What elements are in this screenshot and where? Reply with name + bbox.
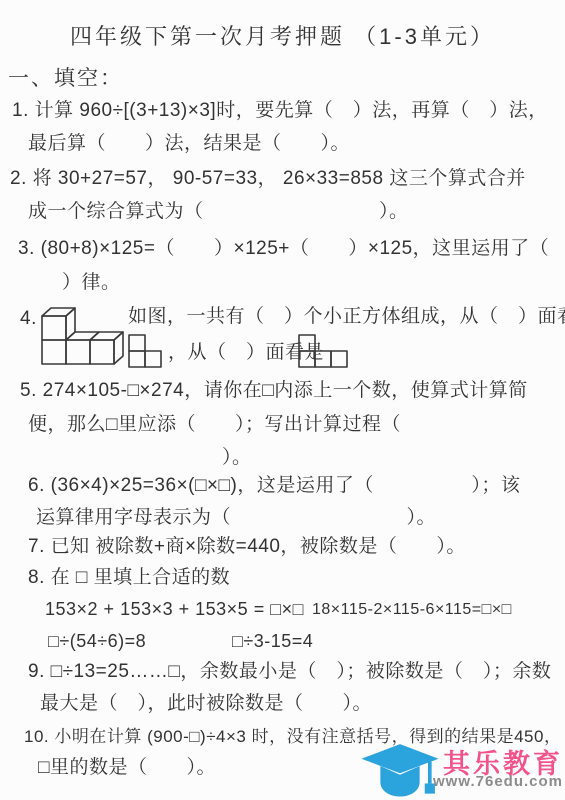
q1-line1: 1. 计算 960÷[(3+13)×3]时，要先算（ ）法，再算（ ）法， bbox=[12, 100, 548, 123]
q9-line1: 9. □÷13=25……□，余数最小是（ ）；被除数是（ ）；余数 bbox=[28, 661, 551, 684]
q9-line2: 最大是（ ），此时被除数是（ ）。 bbox=[40, 693, 372, 716]
view-grid-l4-icon bbox=[298, 334, 348, 368]
q1-line2: 最后算（ ）法，结果是（ ）。 bbox=[28, 133, 350, 156]
publisher-logo: 其乐教育 www.76edu.com bbox=[360, 742, 565, 800]
q8-equation-1: 153×2 + 153×3 + 153×5 = □×□ bbox=[45, 599, 304, 621]
q7-line1: 7. 已知 被除数+商×除数=440，被除数是（ ）。 bbox=[28, 536, 466, 559]
q2-line2: 成一个综合算式为（ ）。 bbox=[28, 201, 409, 224]
q6-line1: 6. (36×4)×25=36×(□×□)，这是运用了（ ）；该 bbox=[28, 475, 520, 498]
q3-line2: ）律。 bbox=[62, 272, 121, 295]
section-heading: 一、填空： bbox=[8, 62, 123, 92]
q8-equation-4: □÷3-15=4 bbox=[232, 631, 313, 653]
q3-line1: 3. (80+8)×125=（ ）×125+（ ）×125，这里运用了（ bbox=[18, 238, 549, 261]
q8-header: 8. 在 □ 里填上合适的数 bbox=[28, 567, 230, 590]
worksheet-page: 四年级下第一次月考押题 （1-3单元） 一、填空： 1. 计算 960÷[(3+… bbox=[0, 0, 565, 800]
graduation-cap-icon bbox=[360, 742, 440, 800]
cube-stack-figure bbox=[36, 300, 132, 366]
brand-url: www.76edu.com bbox=[433, 773, 563, 790]
q8-equation-2: 18×115-2×115-6×115=□×□ bbox=[312, 600, 512, 619]
q2-line1: 2. 将 30+27=57， 90-57=33， 26×33=858 这三个算式… bbox=[10, 168, 526, 191]
q4-number: 4. bbox=[20, 308, 37, 331]
q10-line2: □里的数是（ ）。 bbox=[38, 757, 216, 780]
q8-equation-3: □÷(54÷6)=8 bbox=[48, 631, 146, 653]
page-title: 四年级下第一次月考押题 （1-3单元） bbox=[0, 20, 565, 51]
q5-line1: 5. 274×105-□×274，请你在□内添上一个数，使算式计算简 bbox=[20, 380, 528, 403]
view-grid-l3-icon bbox=[128, 334, 162, 368]
q6-line2: 运算律用字母表示为（ ）。 bbox=[36, 507, 436, 530]
q5-line3: ）。 bbox=[222, 447, 252, 470]
q5-line2: 便，那么□里应添（ ）；写出计算过程（ bbox=[28, 414, 401, 437]
q4-text1: 如图，一共有（ ）个小正方体组成，从（ ）面看是 bbox=[128, 306, 565, 329]
